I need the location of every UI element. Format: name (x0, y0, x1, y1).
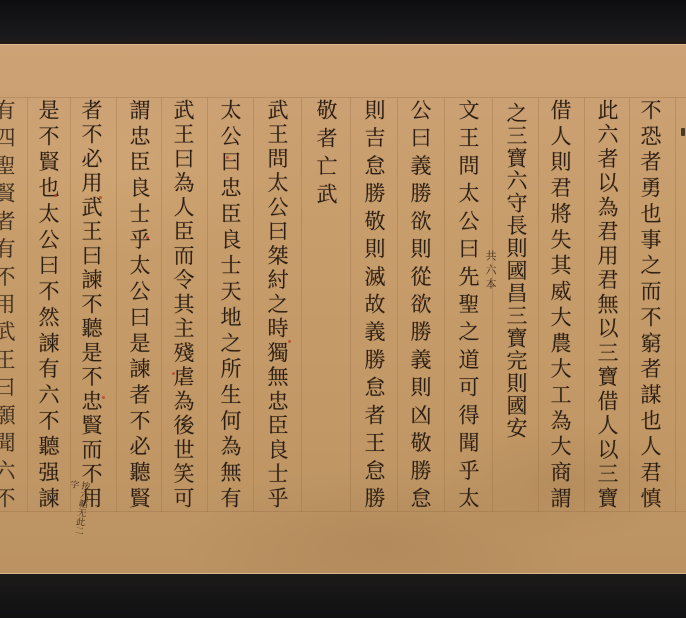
text-column-1: 不恐者勇也事之而不窮者謀也人君慎 (637, 99, 663, 508)
marginal-annotation: 共六本 (484, 250, 497, 292)
text-column-10: 太公曰忠臣良士天地之所生何為無有 (217, 99, 243, 508)
column-rule (629, 97, 630, 512)
column-rule (70, 97, 71, 512)
text-column-12: 謂忠臣良士乎太公曰是諫者不必聽賢 (126, 99, 152, 508)
column-rule (444, 97, 445, 512)
collation-mark (54, 194, 57, 197)
collation-mark (419, 299, 422, 302)
text-column-15-partial: 有四聖賢者有不用武王曰願聞六不 (0, 99, 17, 508)
text-column-5: 文王問太公曰先聖之道可得聞乎太 (455, 99, 481, 508)
column-rule (675, 97, 676, 512)
collation-mark (146, 236, 149, 239)
column-rule (116, 97, 117, 512)
collation-mark (288, 340, 291, 343)
column-rule (350, 97, 351, 512)
text-column-14: 是不賢也太公曰不然諫有六不聽强諫 (35, 99, 61, 508)
text-column-4: 之三寶六守長則國昌三寶完則國安 (503, 102, 529, 440)
collation-mark (226, 156, 229, 159)
text-column-9: 武王問太公曰桀紂之時獨無忠臣良士乎 (264, 99, 290, 508)
column-rule (161, 97, 162, 512)
text-column-7: 則吉怠勝敬則滅故義勝怠者王怠勝 (361, 99, 387, 508)
top-frame-band (0, 0, 686, 44)
column-rule (492, 97, 493, 512)
collation-mark (172, 372, 175, 375)
column-rule (584, 97, 585, 512)
text-column-2: 此六者以為君用君無以三寶借人以三寶 (594, 99, 620, 508)
column-rule (397, 97, 398, 512)
text-column-6: 公曰義勝欲則從欲勝義則凶敬勝怠 (407, 99, 433, 508)
column-rule (253, 97, 254, 512)
ink-fragment (681, 128, 685, 136)
text-column-3: 借人則君將失其威大農大工為大商謂 (547, 99, 573, 508)
column-rule (538, 97, 539, 512)
column-rule (301, 97, 302, 512)
column-rule (207, 97, 208, 512)
text-column-13: 者不必用武王曰諫不聽是不忠賢而不用 (78, 99, 104, 508)
collation-mark (102, 396, 105, 399)
column-rule (27, 97, 28, 512)
collation-mark (99, 196, 102, 199)
text-column-11: 武王曰為人臣而令其主殘虐為後世笑可 (170, 99, 196, 508)
bottom-frame-band (0, 574, 686, 618)
text-column-8: 敬者亡武 (313, 99, 339, 211)
